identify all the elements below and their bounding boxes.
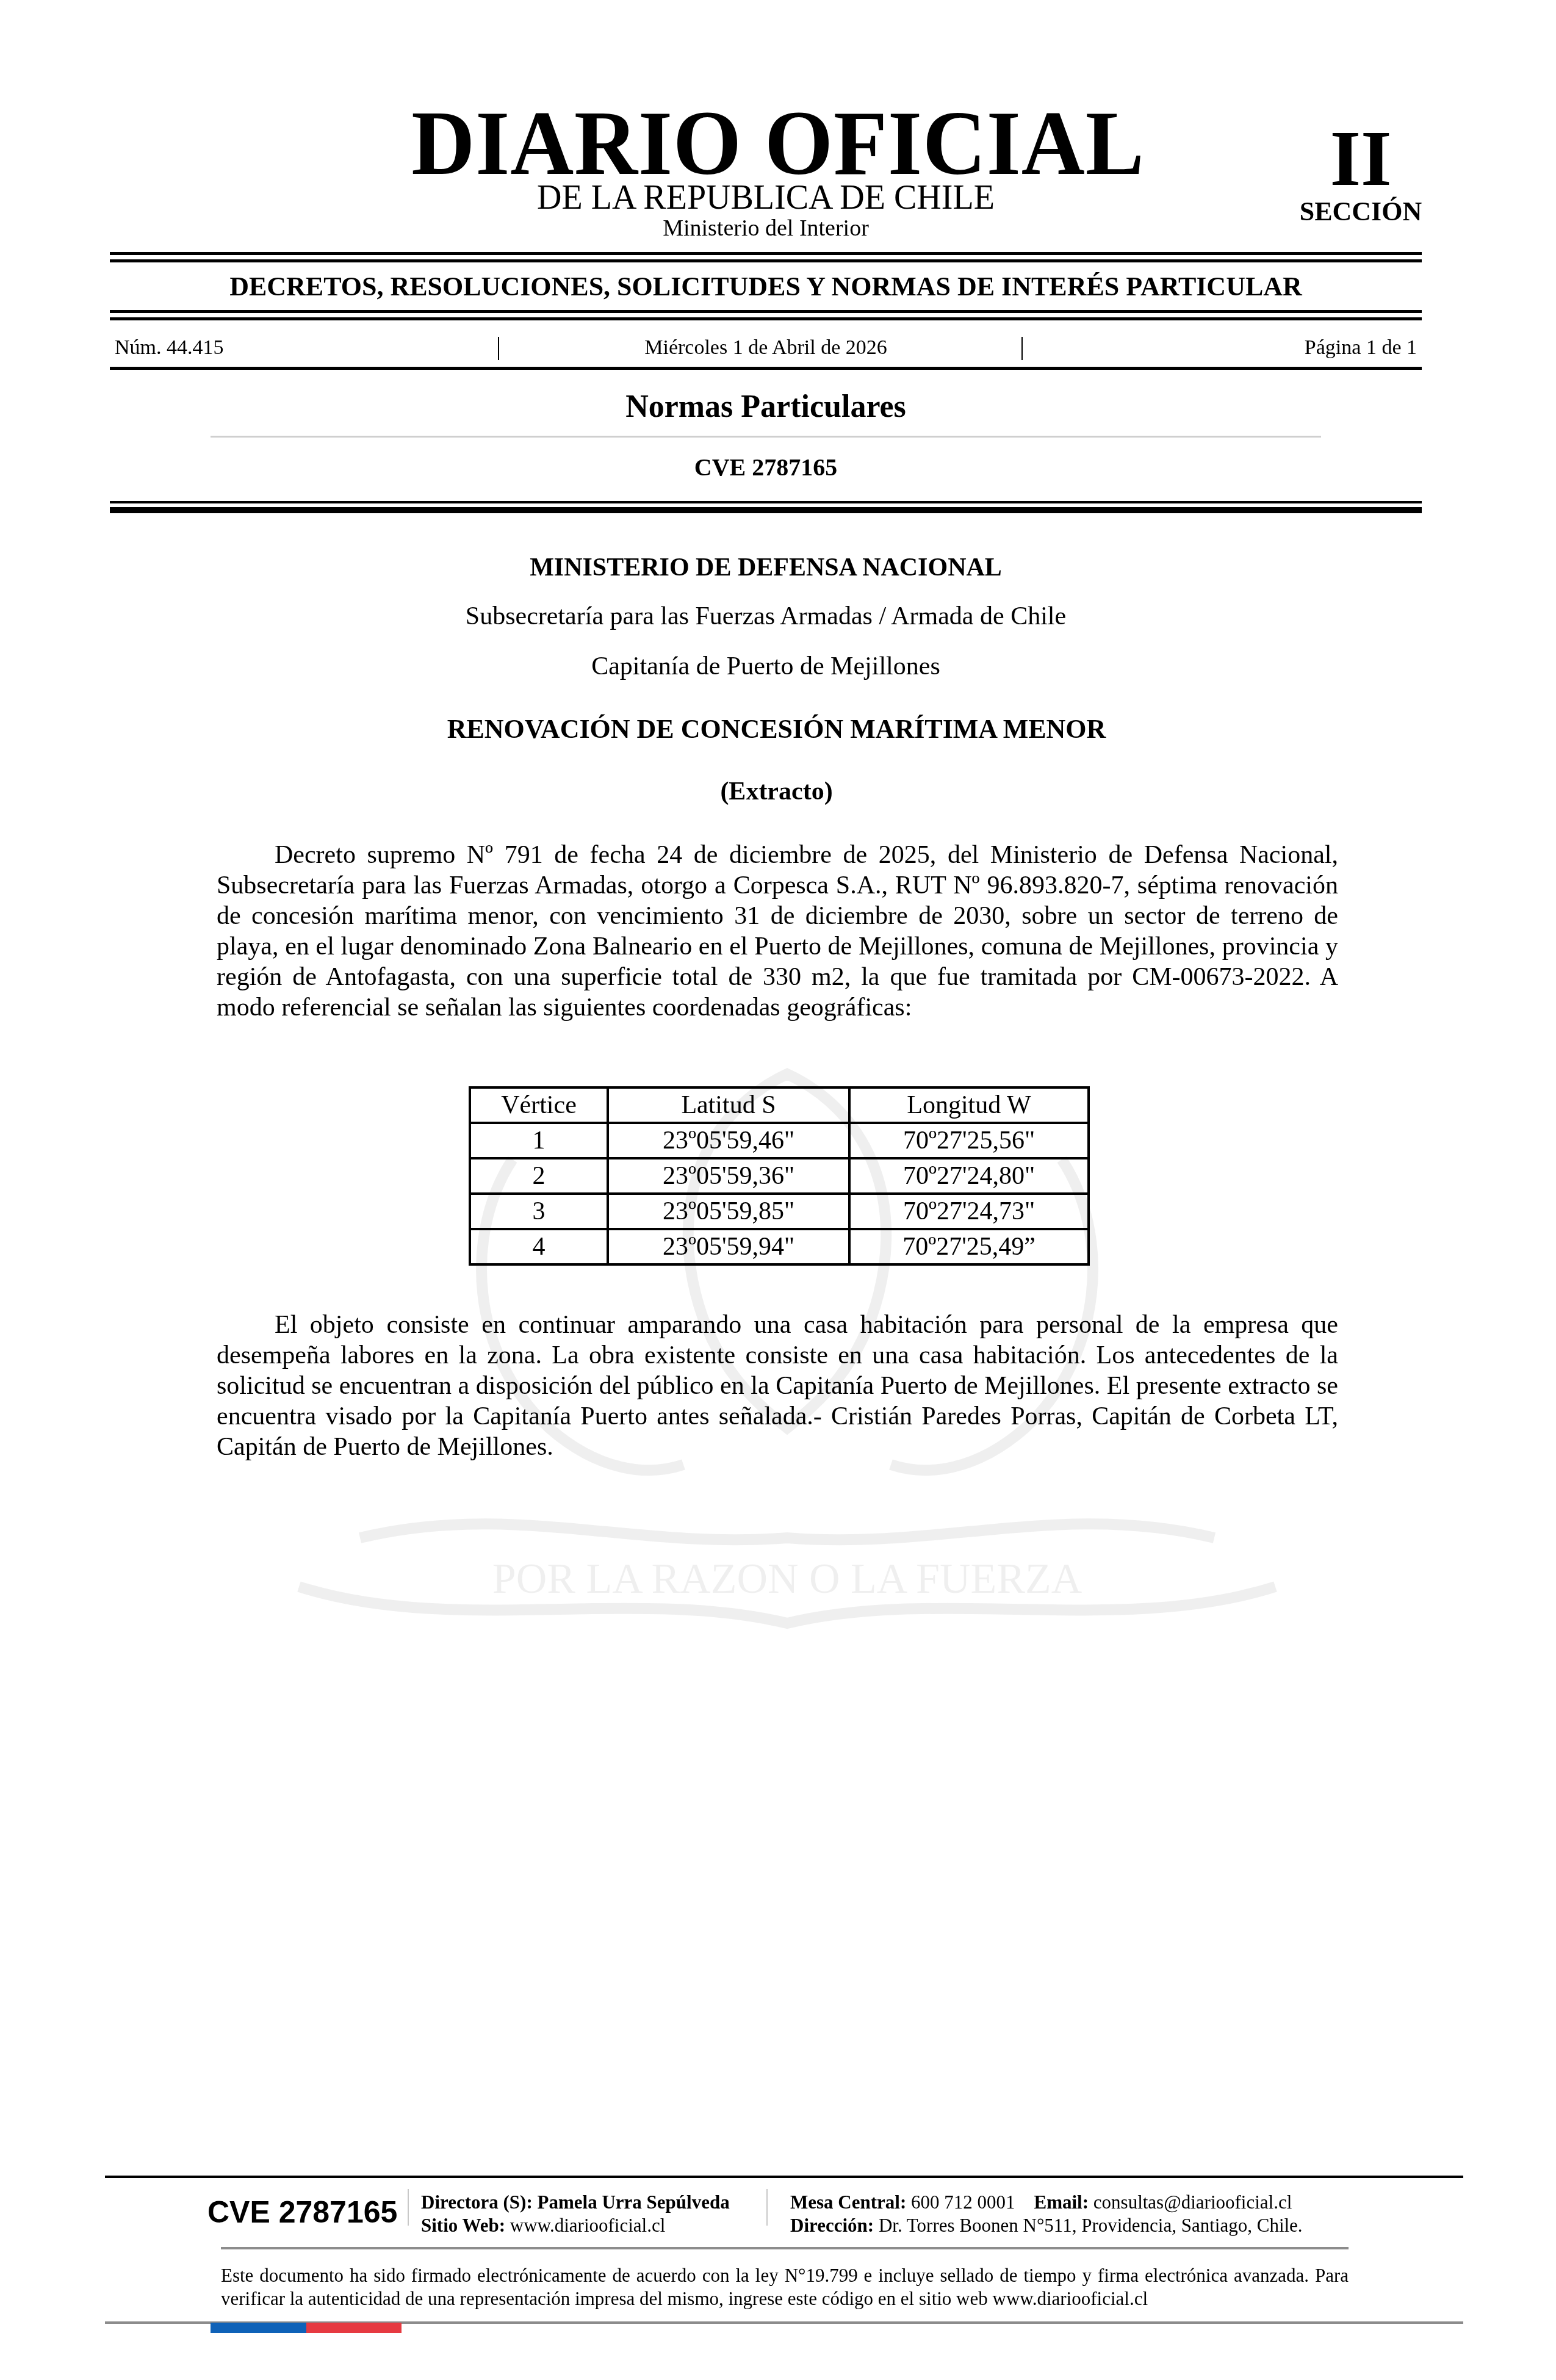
header-rule-2 [110, 259, 1422, 262]
latitude-cell: 23º05'59,46" [608, 1123, 849, 1158]
footer-separator [766, 2189, 768, 2226]
footer-contact-left: Directora (S): Pamela Urra Sepúlveda Sit… [421, 2191, 730, 2237]
page-indicator: Página 1 de 1 [1305, 330, 1417, 366]
vertex-cell: 1 [470, 1123, 608, 1158]
issue-bottom-rule [110, 367, 1422, 370]
body-paragraph-2: El objeto consiste en continuar amparand… [217, 1310, 1338, 1462]
footer-divider [221, 2247, 1349, 2249]
address-label: Dirección: [790, 2215, 874, 2236]
column-header: Latitud S [608, 1087, 849, 1123]
phone-label: Mesa Central: [790, 2191, 906, 2213]
issuing-ministry: MINISTERIO DE DEFENSA NACIONAL [0, 550, 1532, 585]
issue-separator [1021, 337, 1023, 360]
latitude-cell: 23º05'59,36" [608, 1158, 849, 1194]
website-label: Sitio Web: [421, 2215, 505, 2236]
email-link[interactable]: consultas@diariooficial.cl [1093, 2191, 1292, 2213]
latitude-cell: 23º05'59,94" [608, 1229, 849, 1264]
footer-top-rule [105, 2176, 1463, 2178]
section-number: II [1288, 119, 1434, 198]
section-title: Normas Particulares [0, 386, 1532, 428]
phone-number: 600 712 0001 [911, 2191, 1015, 2213]
header-rule-1 [110, 252, 1422, 255]
longitude-cell: 70º27'24,73" [849, 1194, 1089, 1229]
footer-contact-right: Mesa Central: 600 712 0001 Email: consul… [790, 2191, 1303, 2237]
issue-info-row: Núm. 44.415 Miércoles 1 de Abril de 2026… [110, 330, 1422, 366]
vertex-cell: 3 [470, 1194, 608, 1229]
document-subtitle: (Extracto) [0, 774, 1553, 809]
table-row: 2 23º05'59,36" 70º27'24,80" [470, 1158, 1089, 1194]
longitude-cell: 70º27'25,56" [849, 1123, 1089, 1158]
address: Dr. Torres Boonen N°511, Providencia, Sa… [879, 2215, 1303, 2236]
cve-rule-thick [110, 507, 1422, 513]
category-heading: DECRETOS, RESOLUCIONES, SOLICITUDES Y NO… [0, 269, 1532, 305]
vertex-cell: 4 [470, 1229, 608, 1264]
director-name: Pamela Urra Sepúlveda [538, 2191, 730, 2213]
section-label: SECCIÓN [1288, 197, 1434, 227]
cve-rule-thin [110, 501, 1422, 503]
header-rule-4 [110, 317, 1422, 320]
director-label: Directora (S): [421, 2191, 533, 2213]
section-title-underline [211, 436, 1321, 438]
table-header-row: Vértice Latitud S Longitud W [470, 1087, 1089, 1123]
table-row: 4 23º05'59,94" 70º27'25,49” [470, 1229, 1089, 1264]
issue-date: Miércoles 1 de Abril de 2026 [110, 330, 1422, 366]
capitania: Capitanía de Puerto de Mejillones [0, 649, 1532, 683]
body-paragraph-1: Decreto supremo Nº 791 de fecha 24 de di… [217, 840, 1338, 1023]
column-header: Vértice [470, 1087, 608, 1123]
latitude-cell: 23º05'59,85" [608, 1194, 849, 1229]
table-row: 3 23º05'59,85" 70º27'24,73" [470, 1194, 1089, 1229]
coordinates-table: Vértice Latitud S Longitud W 1 23º05'59,… [469, 1086, 1090, 1266]
vertex-cell: 2 [470, 1158, 608, 1194]
flag-stripe-red [306, 2323, 402, 2333]
email-label: Email: [1034, 2191, 1089, 2213]
flag-stripe-blue [211, 2323, 306, 2333]
cve-code: CVE 2787165 [0, 450, 1532, 485]
table-row: 1 23º05'59,46" 70º27'25,56" [470, 1123, 1089, 1158]
svg-text:POR LA RAZON O LA FUERZA: POR LA RAZON O LA FUERZA [492, 1556, 1082, 1603]
footer-cve-code: CVE 2787165 [207, 2194, 397, 2230]
footer-separator [408, 2189, 409, 2226]
website-link[interactable]: www.diariooficial.cl [510, 2215, 666, 2236]
document-title: RENOVACIÓN DE CONCESIÓN MARÍTIMA MENOR [0, 712, 1553, 747]
header-rule-3 [110, 310, 1422, 313]
column-header: Longitud W [849, 1087, 1089, 1123]
legal-notice: Este documento ha sido firmado electróni… [221, 2264, 1349, 2310]
longitude-cell: 70º27'25,49” [849, 1229, 1089, 1264]
subsecretaria: Subsecretaría para las Fuerzas Armadas /… [0, 599, 1532, 633]
longitude-cell: 70º27'24,80" [849, 1158, 1089, 1194]
